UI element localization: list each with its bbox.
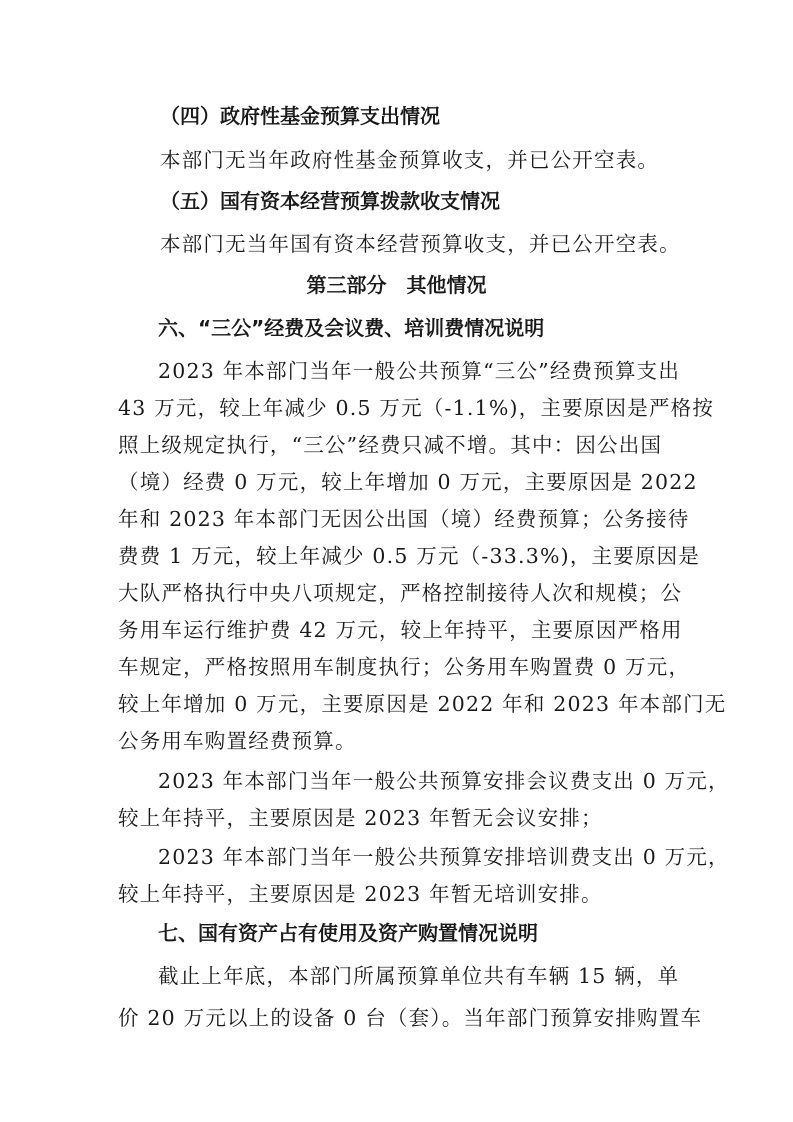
section-heading-5: （五）国有资本经营预算拨款收支情况 bbox=[160, 187, 500, 215]
paragraph-line: 43 万元，较上年减少 0.5 万元（-1.1%)，主要原因是严格按 bbox=[118, 394, 714, 422]
paragraph-line: 照上级规定执行，“三公”经费只减不增。其中：因公出国 bbox=[118, 431, 662, 459]
paragraph-line: 2023 年本部门当年一般公共预算安排会议费支出 0 万元， bbox=[158, 767, 730, 795]
paragraph-line: 2023 年本部门当年一般公共预算安排培训费支出 0 万元， bbox=[158, 843, 730, 871]
paragraph-line: 价 20 万元以上的设备 0 台（套）。当年部门预算安排购置车 bbox=[118, 1004, 702, 1032]
section-heading-4: （四）政府性基金预算支出情况 bbox=[160, 102, 440, 130]
paragraph-line: 本部门无当年国有资本经营预算收支，并已公开空表。 bbox=[160, 230, 681, 258]
paragraph-line: 费费 1 万元，较上年减少 0.5 万元（-33.3%)，主要原因是 bbox=[118, 542, 700, 570]
paragraph-line: 大队严格执行中央八项规定，严格控制接待人次和规模；公 bbox=[118, 579, 682, 607]
paragraph-line: 截止上年底，本部门所属预算单位共有车辆 15 辆，单 bbox=[158, 962, 679, 990]
paragraph-line: 较上年增加 0 万元，主要原因是 2022 年和 2023 年本部门无 bbox=[118, 690, 726, 718]
part-title: 第三部分 其他情况 bbox=[0, 271, 793, 299]
paragraph-line: 2023 年本部门当年一般公共预算“三公”经费预算支出 bbox=[158, 357, 680, 385]
paragraph-line: 务用车运行维护费 42 万元，较上年持平，主要原因严格用 bbox=[118, 616, 683, 644]
paragraph-line: （境）经费 0 万元，较上年增加 0 万元，主要原因是 2022 bbox=[118, 468, 698, 496]
paragraph-line: 较上年持平，主要原因是 2023 年暂无培训安排。 bbox=[118, 880, 603, 908]
section-heading-6: 六、“三公”经费及会议费、培训费情况说明 bbox=[158, 314, 544, 342]
paragraph-line: 较上年持平，主要原因是 2023 年暂无会议安排； bbox=[118, 804, 603, 832]
paragraph-line: 年和 2023 年本部门无因公出国（境）经费预算；公务接待 bbox=[118, 505, 690, 533]
paragraph-line: 本部门无当年政府性基金预算收支，并已公开空表。 bbox=[160, 146, 659, 174]
section-heading-7: 七、国有资产占有使用及资产购置情况说明 bbox=[158, 919, 538, 947]
paragraph-line: 公务用车购置经费预算。 bbox=[118, 727, 357, 755]
paragraph-line: 车规定，严格按照用车制度执行；公务用车购置费 0 万元， bbox=[118, 653, 690, 681]
